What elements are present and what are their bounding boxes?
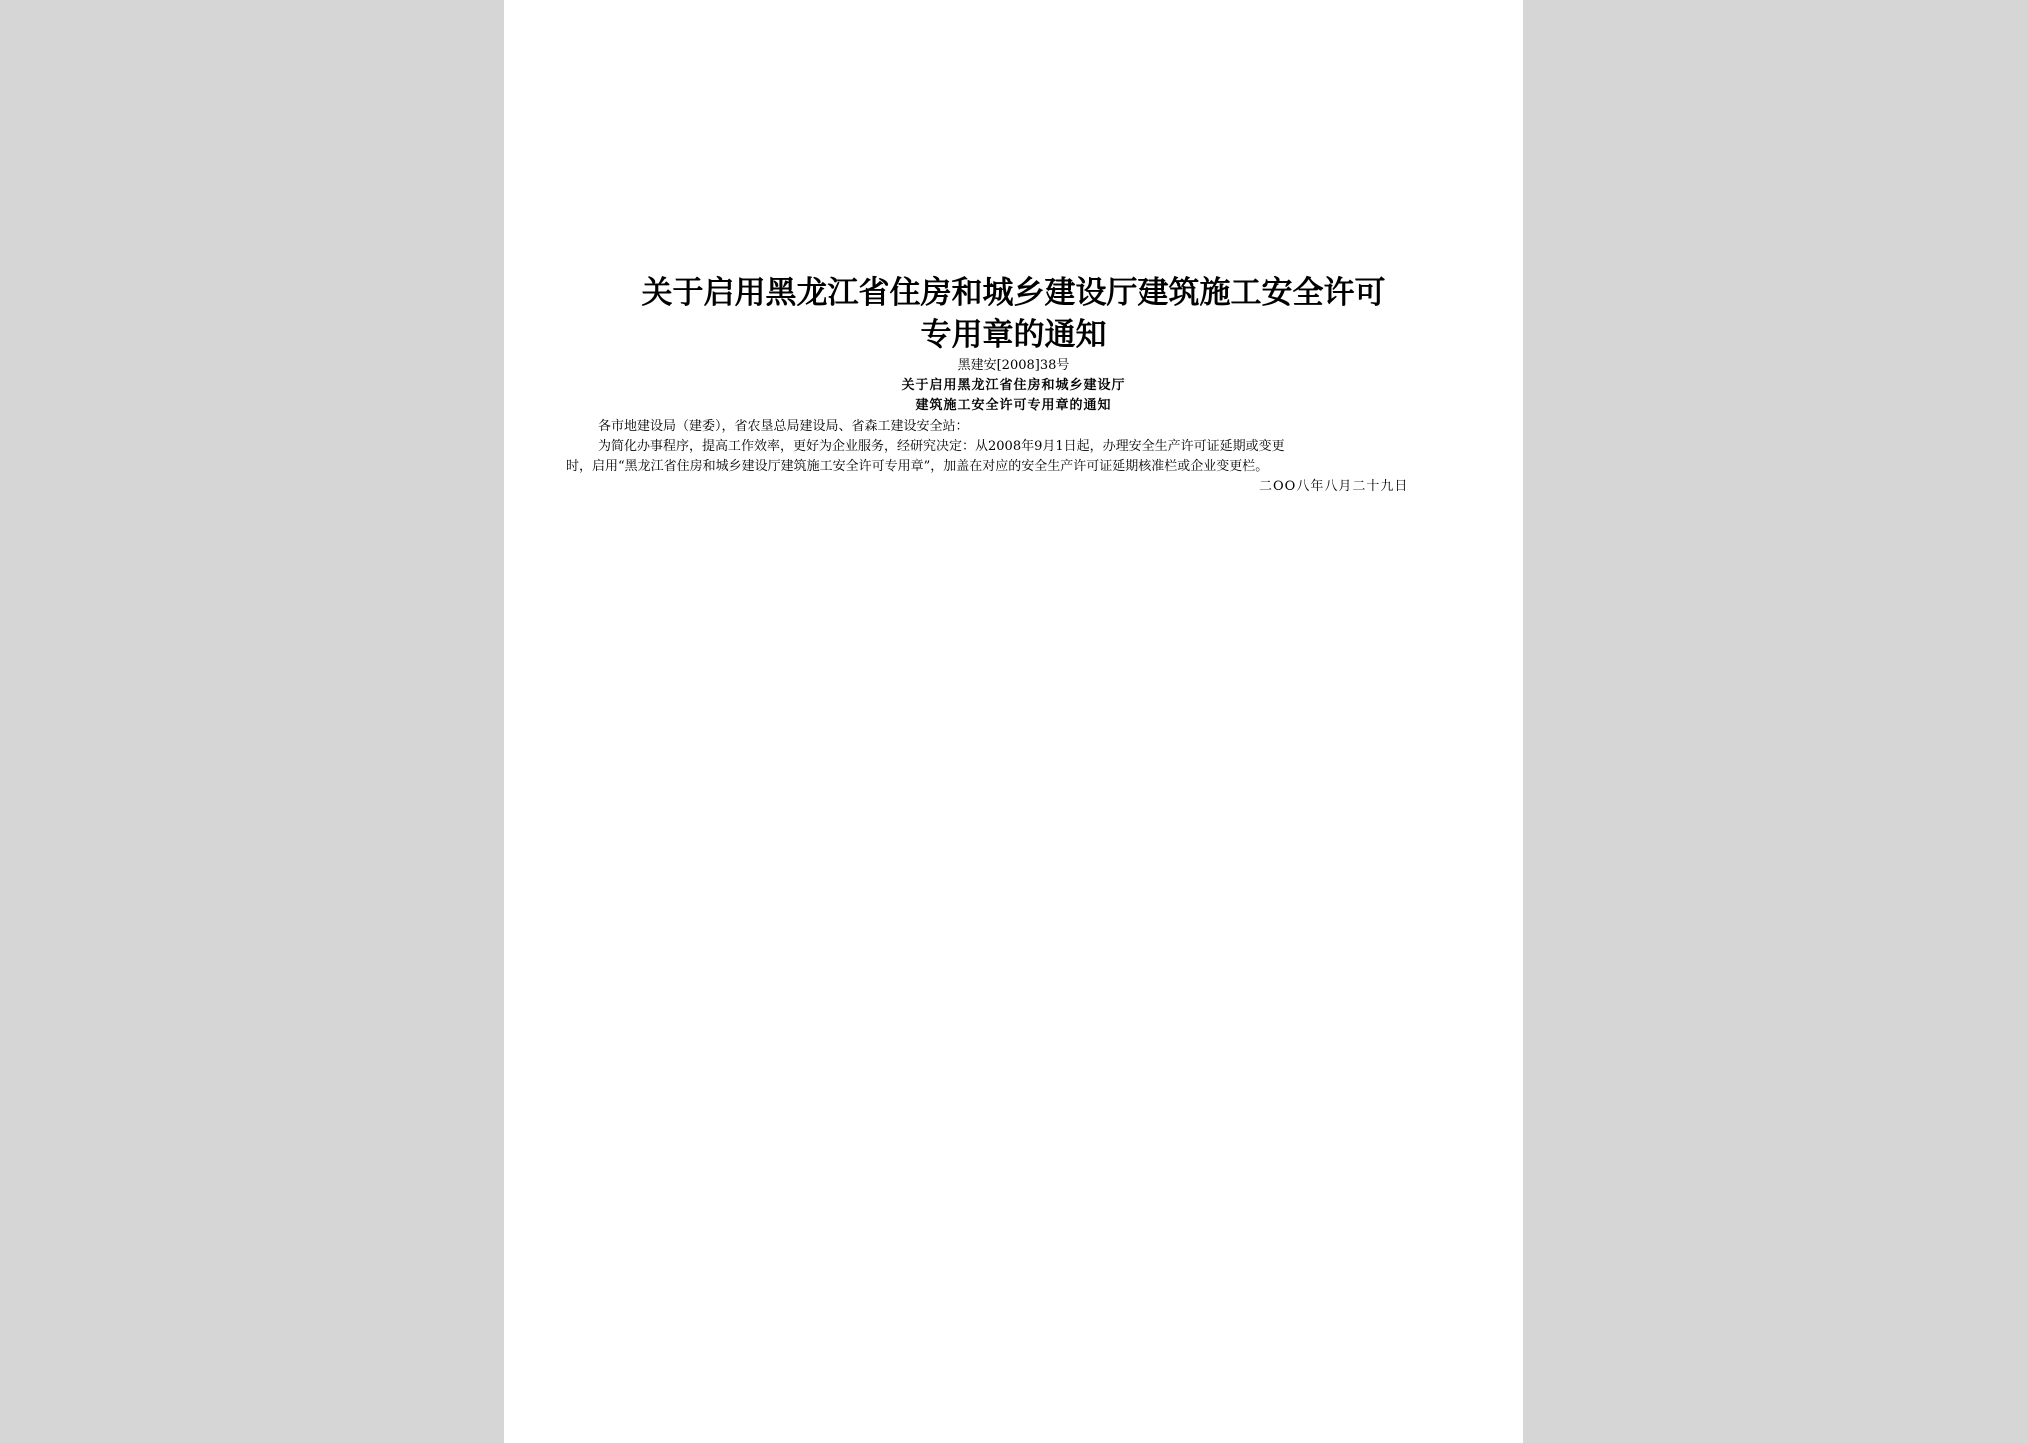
document-date: 二OO八年八月二十九日: [1259, 478, 1408, 496]
document-page: 关于启用黑龙江省住房和城乡建设厅建筑施工安全许可 专用章的通知 黑建安[2008…: [504, 0, 1523, 1443]
document-title-line-1: 关于启用黑龙江省住房和城乡建设厅建筑施工安全许可: [504, 273, 1523, 313]
addressee-line: 各市地建设局（建委），省农垦总局建设局、省森工建设安全站：: [598, 418, 969, 436]
body-paragraph-line-2: 时，启用“黑龙江省住房和城乡建设厅建筑施工安全许可专用章”，加盖在对应的安全生产…: [566, 458, 1268, 476]
document-title-line-2: 专用章的通知: [504, 315, 1523, 355]
body-paragraph-line-1: 为简化办事程序，提高工作效率，更好为企业服务，经研究决定：从2008年9月1日起…: [598, 438, 1285, 456]
document-number: 黑建安[2008]38号: [504, 357, 1523, 375]
document-subtitle-line-1: 关于启用黑龙江省住房和城乡建设厅: [504, 377, 1523, 395]
document-subtitle-line-2: 建筑施工安全许可专用章的通知: [504, 397, 1523, 415]
